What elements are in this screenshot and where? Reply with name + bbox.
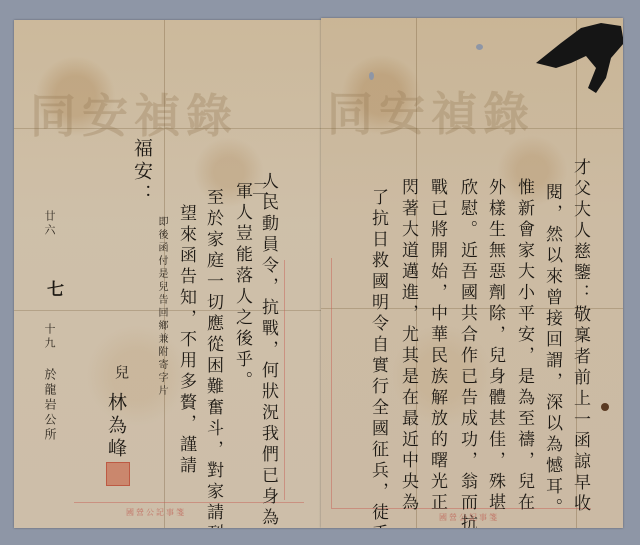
letter-column: 閃著大道邁進，尤其是在最近中央為 <box>399 178 416 514</box>
watermark-left: 同安禎錄 <box>30 80 238 146</box>
letter-column: 才父大人慈鑒：敬稟者前上一函諒早收 <box>571 158 588 515</box>
closing-salutation: 福安： <box>132 138 151 207</box>
ruled-margin-line <box>331 258 332 508</box>
letter-note: 即後函付是兒告回鄉兼附寄字片 <box>156 216 166 398</box>
stationery-stamp: 國營公記事箋 <box>126 507 186 518</box>
letter-column: 至於家庭一切應從困難奮斗，對家請刊 <box>204 188 221 528</box>
letter-page-right: 同安禎錄 才父大人慈鑒：敬稟者前上一函諒早收 閱，然以來曾接回謂，深以為憾耳。 … <box>321 18 623 528</box>
ruled-margin-line <box>284 260 285 500</box>
date-year: 廿六 <box>44 210 55 238</box>
letter-column: 了抗日救國明令自實行全國征兵，徒手 <box>369 188 386 528</box>
date-day: 十九 <box>44 323 55 351</box>
letter-page-left: 同安禎錄 二 人民動員令，抗戰，何狀況我們已身為 軍人豈能落人之後乎。 至於家庭… <box>14 20 321 528</box>
letter-column: 外樣生無惡劑除，兒身體甚佳，殊堪 <box>486 178 503 514</box>
watermark-right: 同安禎錄 <box>327 78 535 144</box>
letter-column: 軍人豈能落人之後乎。 <box>233 182 250 392</box>
letter-column: 望來函告知，不用多贅，謹請 <box>177 204 194 477</box>
ink-stain-icon <box>526 18 623 98</box>
letter-column: 戰已將開始，中華民族解放的曙光正 <box>428 178 445 514</box>
date-place: 於龍岩公所 <box>44 368 56 443</box>
letter-column: 閱，然以來曾接回謂，深以為憾耳。 <box>543 183 560 519</box>
date-month: 七 <box>44 280 61 301</box>
letter-column: 惟新會家大小平安，是為至禱，兒在 <box>515 178 532 514</box>
letter-column: 人民動員令，抗戰，何狀況我們已身為 <box>259 172 276 528</box>
signature-name: 林為峰 <box>106 392 125 461</box>
signature-prefix: 兒 <box>114 365 128 383</box>
stationery-stamp: 國營公記事箋 <box>439 512 499 523</box>
red-seal <box>106 462 130 486</box>
letter-column: 欣慰。近吾國共合作已告成功，翁而抗 <box>458 178 475 528</box>
